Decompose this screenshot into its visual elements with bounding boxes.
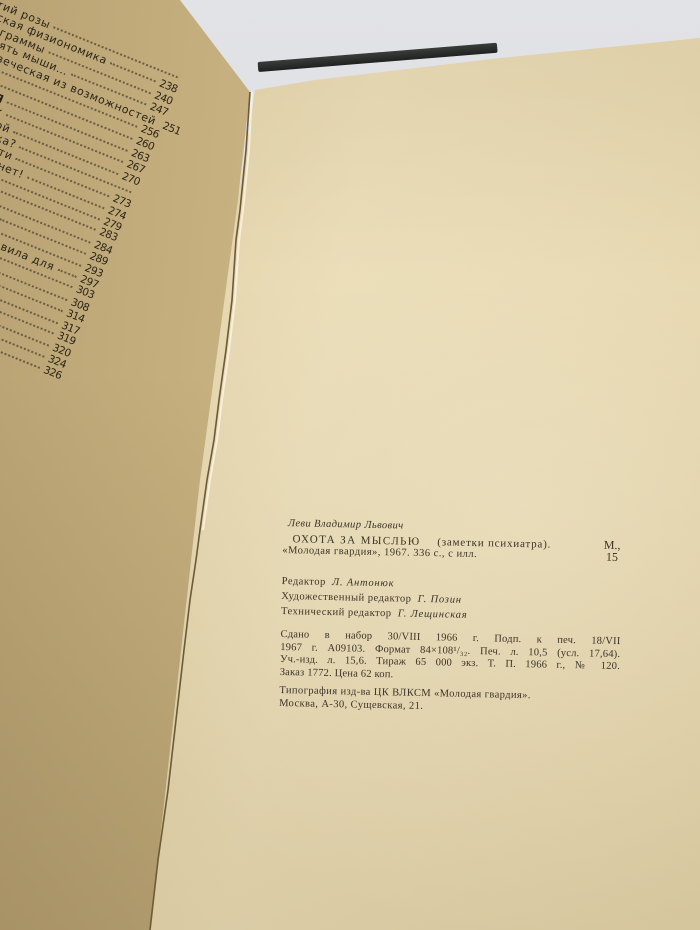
staff-role: Редактор (282, 576, 326, 588)
staff-name: Г. Позин (418, 594, 462, 606)
staff-name: Г. Лещинская (398, 608, 468, 620)
classmark-bottom: 15 (603, 551, 620, 563)
editorial-staff: Редактор Л. Антонюк Художественный редак… (281, 574, 612, 626)
staff-role: Технический редактор (281, 606, 392, 619)
imprint-block: Леви Владимир Львович ОХОТА ЗА МЫСЛЬЮ (з… (279, 518, 613, 717)
staff-role: Художественный редактор (281, 591, 411, 605)
printing-details: Сдано в набор 30/VIII 1966 г. Подп. к пе… (280, 629, 621, 686)
staff-name: Л. Антонюк (332, 577, 395, 589)
library-classmark: М., 15 (603, 539, 620, 563)
